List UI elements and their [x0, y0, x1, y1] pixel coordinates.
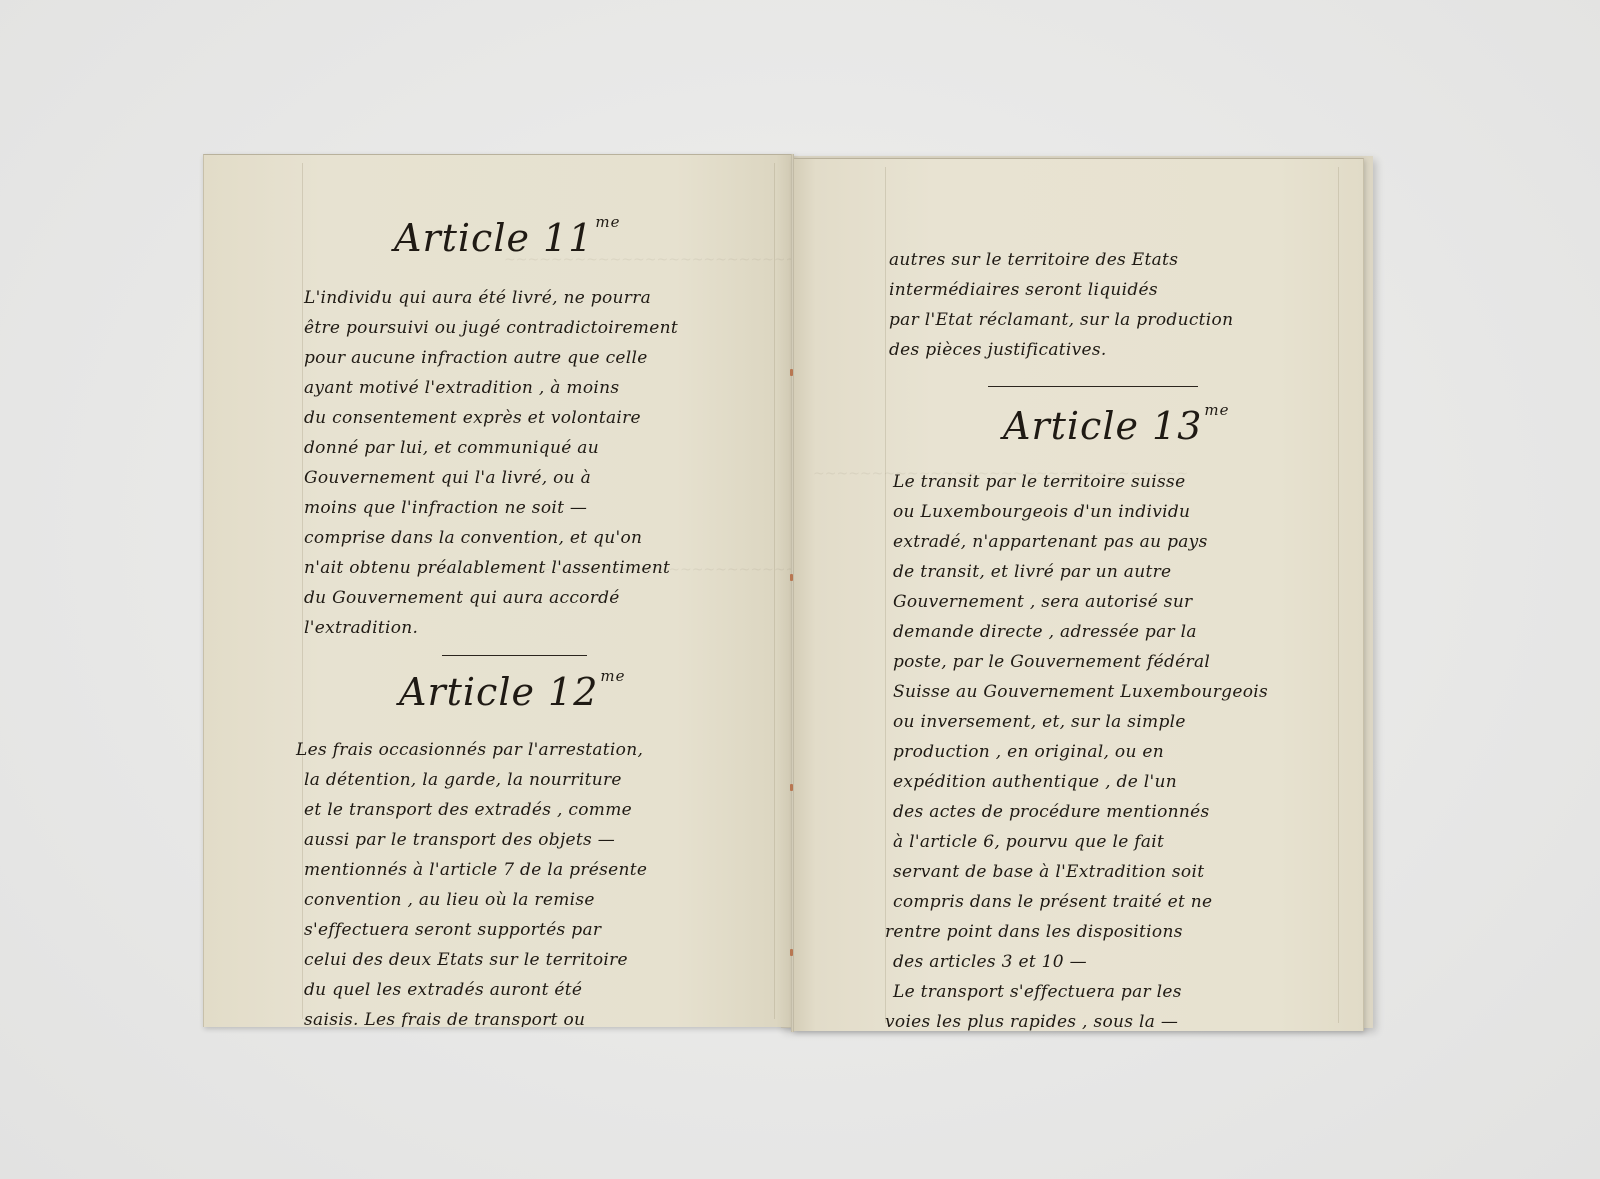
- margin-crease: [1338, 167, 1339, 1023]
- article-12-line: s'effectuera seront supportés par: [304, 915, 601, 945]
- article-13-line: de transit, et livré par un autre: [893, 557, 1171, 587]
- continuation-line: intermédiaires seront liquidés: [889, 275, 1158, 305]
- article-11-line: l'extradition.: [304, 613, 418, 643]
- article-12-line: et le transport des extradés , comme: [304, 795, 632, 825]
- article-12-heading: Article 12me: [399, 667, 626, 714]
- article-13-line: production , en original, ou en: [893, 737, 1164, 767]
- article-11-line: être poursuivi ou jugé contradictoiremen…: [304, 313, 678, 343]
- article-13-line: voies les plus rapides , sous la —: [885, 1007, 1178, 1031]
- article-12-line: aussi par le transport des objets —: [304, 825, 615, 855]
- article-12-line: la détention, la garde, la nourriture: [304, 765, 622, 795]
- margin-crease: [885, 167, 886, 1023]
- binding-stitch: [790, 574, 793, 581]
- article-11-line: du Gouvernement qui aura accordé: [304, 583, 620, 613]
- article-13-line: à l'article 6, pourvu que le fait: [893, 827, 1164, 857]
- binding-stitch: [790, 949, 793, 956]
- article-13-line: rentre point dans les dispositions: [885, 917, 1183, 947]
- article-12-line: Les frais occasionnés par l'arrestation,: [296, 735, 643, 765]
- article-13-line: demande directe , adressée par la: [893, 617, 1197, 647]
- article-13-line: Suisse au Gouvernement Luxembourgeois: [893, 677, 1268, 707]
- article-13-line: poste, par le Gouvernement fédéral: [893, 647, 1210, 677]
- binding-stitch: [790, 369, 793, 376]
- article-11-line: pour aucune infraction autre que celle: [304, 343, 648, 373]
- article-12-line: convention , au lieu où la remise: [304, 885, 595, 915]
- article-12-line: du quel les extradés auront été: [304, 975, 582, 1005]
- article-11-line: ayant motivé l'extradition , à moins: [304, 373, 619, 403]
- margin-crease: [302, 163, 303, 1019]
- article-11-line: Gouvernement qui l'a livré, ou à: [304, 463, 591, 493]
- article-13-line: ou Luxembourgeois d'un individu: [893, 497, 1190, 527]
- article-11-line: donné par lui, et communiqué au: [304, 433, 599, 463]
- book-spine-gutter: [791, 154, 794, 1032]
- article-11-heading: Article 11me: [394, 213, 621, 260]
- section-divider: [442, 655, 587, 656]
- article-11-line: n'ait obtenu préalablement l'assentiment: [304, 553, 670, 583]
- article-12-line: celui des deux Etats sur le territoire: [304, 945, 628, 975]
- article-13-line: expédition authentique , de l'un: [893, 767, 1177, 797]
- article-13-line: extradé, n'appartenant pas au pays: [893, 527, 1208, 557]
- binding-stitch: [790, 784, 793, 791]
- article-13-line: ou inversement, et, sur la simple: [893, 707, 1186, 737]
- article-13-line: servant de base à l'Extradition soit: [893, 857, 1204, 887]
- continuation-line: par l'Etat réclamant, sur la production: [889, 305, 1233, 335]
- continuation-line: autres sur le territoire des Etats: [889, 245, 1178, 275]
- margin-crease: [774, 163, 775, 1019]
- article-11-line: du consentement exprès et volontaire: [304, 403, 641, 433]
- left-page: ~~~~~~~~~~~~~~~~~~~~~~~~~~~~~ ~~~~~~~~~~…: [203, 154, 794, 1027]
- article-11-line: L'individu qui aura été livré, ne pourra: [304, 283, 651, 313]
- article-13-line: des actes de procédure mentionnés: [893, 797, 1210, 827]
- article-13-heading: Article 13me: [1003, 401, 1230, 448]
- article-13-line: Gouvernement , sera autorisé sur: [893, 587, 1193, 617]
- continuation-line: des pièces justificatives.: [889, 335, 1107, 365]
- article-12-line: mentionnés à l'article 7 de la présente: [304, 855, 647, 885]
- article-11-line: comprise dans la convention, et qu'on: [304, 523, 642, 553]
- article-13-line: Le transit par le territoire suisse: [893, 467, 1185, 497]
- article-13-line: compris dans le présent traité et ne: [893, 887, 1212, 917]
- right-page: ~~~~~~~~~~~~~~~~~~~~~~~~~~~~~~~~ autres …: [793, 158, 1364, 1031]
- open-booklet: ~~~~~~~~~~~~~~~~~~~~~~~~~~~~~ ~~~~~~~~~~…: [203, 154, 1378, 1032]
- article-13-line: Le transport s'effectuera par les: [893, 977, 1182, 1007]
- article-11-line: moins que l'infraction ne soit —: [304, 493, 587, 523]
- section-divider: [988, 386, 1198, 387]
- article-13-line: des articles 3 et 10 —: [893, 947, 1087, 977]
- article-12-line: saisis. Les frais de transport ou: [304, 1005, 585, 1027]
